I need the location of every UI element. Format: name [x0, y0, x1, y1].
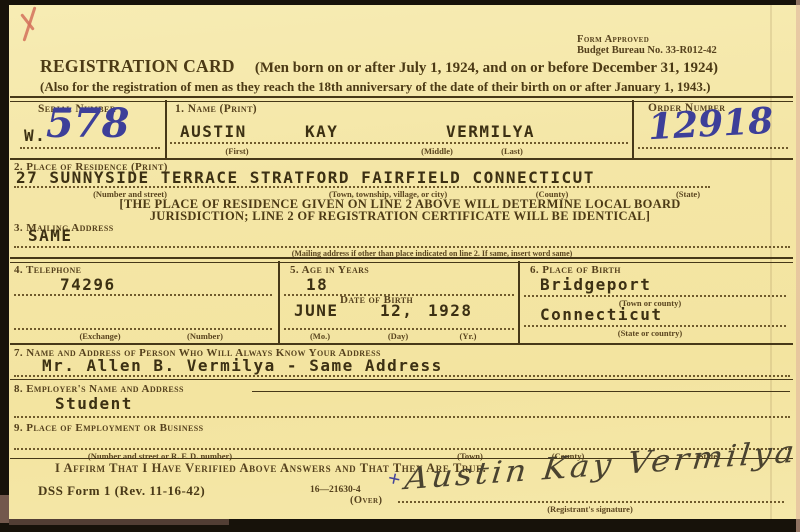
birth-state-caption: (State or country): [618, 328, 683, 338]
card-title: REGISTRATION CARD: [40, 56, 235, 76]
dob-day-caption: (Day): [388, 331, 408, 341]
serial-prefix-value: W.: [24, 126, 46, 145]
birth-day-value: 12,: [380, 301, 413, 320]
divider-serial-name: [165, 100, 167, 158]
name-label: 1. Name (Print): [175, 103, 257, 115]
birth-state-value: Connecticut: [540, 305, 662, 324]
form-approved-line: Form Approved: [577, 34, 649, 45]
form-number: DSS Form 1 (Rev. 11-16-42): [38, 483, 205, 499]
age-label: 5. Age in Years: [290, 264, 369, 276]
serial-fill-line: [20, 147, 160, 149]
divider-age-birthplace: [518, 261, 520, 344]
contact-value: Mr. Allen B. Vermilya - Same Address: [42, 356, 443, 375]
order-number-value: 12918: [647, 100, 774, 148]
scan-edge-left: [0, 0, 9, 532]
birth-state-line: [524, 325, 786, 327]
dob-year-caption: (Yr.): [460, 331, 477, 341]
print-code: 16—21630-4: [310, 485, 361, 495]
mailing-address-value: SAME: [28, 226, 73, 245]
red-x-mark: [16, 6, 46, 42]
telephone-number-caption: (Number): [187, 331, 223, 341]
employer-value: Student: [55, 394, 133, 413]
employer-write-line: [252, 391, 790, 392]
name-first-caption: (First): [225, 146, 248, 156]
birth-month-value: JUNE: [294, 301, 339, 320]
rule-row7-bottom: [10, 379, 793, 380]
age-value: 18: [306, 275, 328, 294]
telephone-value: 74296: [60, 275, 116, 294]
mailing-fill-line: [14, 246, 790, 248]
divider-name-order: [632, 100, 634, 158]
name-middle-value: KAY: [305, 122, 338, 141]
rule-row6-bottom: [10, 343, 793, 345]
employment-street-caption: (Number and street or R. F. D. number): [88, 451, 232, 461]
registration-card-scan: Form Approved Budget Bureau No. 33-R012-…: [0, 0, 800, 532]
telephone-exchange-caption: (Exchange): [79, 331, 120, 341]
card-subtitle: (Also for the registration of men as the…: [40, 79, 711, 95]
name-fill-line: [170, 142, 628, 144]
signature-caption: (Registrant's signature): [547, 504, 633, 514]
birth-year-value: 1928: [428, 301, 473, 320]
jurisdiction-note-line2: JURISDICTION; LINE 2 OF REGISTRATION CER…: [150, 209, 651, 224]
residence-value: 27 SUNNYSIDE TERRACE STRATFORD FAIRFIELD…: [16, 168, 595, 187]
card-title-note: (Men born on or after July 1, 1924, and …: [255, 60, 718, 76]
dob-month-caption: (Mo.): [310, 331, 330, 341]
birth-town-value: Bridgeport: [540, 275, 651, 294]
telephone-caption-line: [14, 328, 272, 330]
name-last-value: VERMILYA: [446, 122, 535, 141]
divider-telephone-age: [278, 261, 280, 344]
name-middle-caption: (Middle): [421, 146, 453, 156]
scan-edge-top: [0, 0, 800, 5]
name-last-caption: (Last): [501, 146, 523, 156]
residence-fill-line: [14, 186, 710, 188]
over-label: (Over): [350, 495, 382, 506]
rule-row3-bottom: [10, 257, 793, 263]
rule-row8-bottom: [14, 416, 790, 418]
order-fill-line: [638, 147, 788, 149]
scan-smudge-bottom: [9, 519, 229, 525]
employment-label: 9. Place of Employment or Business: [14, 422, 203, 434]
serial-number-value: 578: [46, 100, 130, 147]
birth-town-line: [524, 295, 786, 297]
budget-bureau-line: Budget Bureau No. 33-R012-42: [577, 45, 717, 56]
name-first-value: AUSTIN: [180, 122, 247, 141]
rule-row1-bottom: [10, 158, 793, 160]
telephone-fill-line: [14, 294, 272, 296]
contact-fill-line: [14, 375, 790, 377]
signature-line: [398, 501, 784, 503]
scan-smudge-left: [0, 495, 9, 523]
dob-caption-line: [284, 328, 514, 330]
